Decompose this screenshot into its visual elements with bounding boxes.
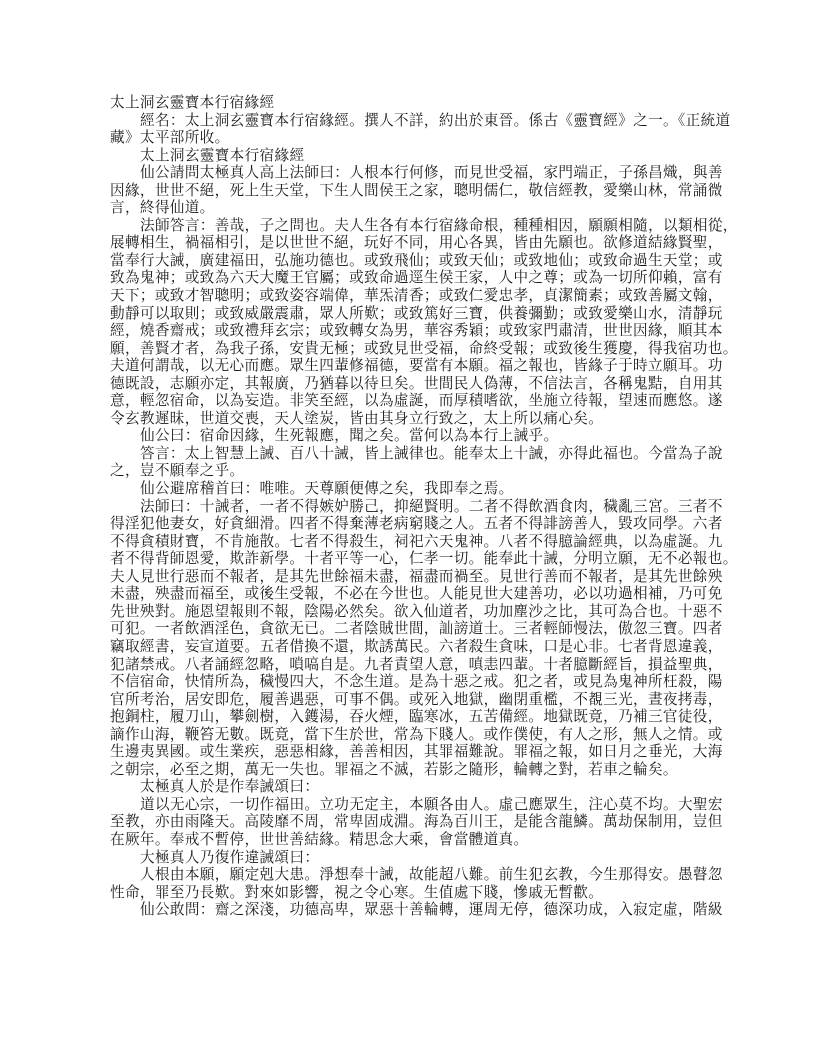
text-line: 不得貪積財寶，不肯施散。七者不得殺生，祠祀六天鬼神。八者不得臆論經典，以為虛誕。… [110, 533, 710, 551]
text-line: 德既設，志願亦定，其報廣，乃猶暮以待旦矣。世間民人偽薄，不信法言，各稱鬼黠，自用… [110, 375, 710, 393]
text-line: 藏》太平部所收。 [110, 129, 710, 147]
text-line: 夫人見世行惡而不報者，是其先世餘福未盡，福盡而禍至。見世行善而不報者，是其先世餘… [110, 568, 710, 586]
text-line: 太極真人於是作奉誡頌曰： [110, 778, 710, 796]
text-line: 犯諸禁戒。八者誦經忽略，嗩嗃自是。九者責望人意，嗔恚四輩。十者臆斷經旨，損益聖典… [110, 656, 710, 674]
text-line: 生邊夷異國。或生業疾，惡惡相緣，善善相因，其罪福難說。罪福之報，如日月之垂光，大… [110, 743, 710, 761]
text-line: 仙公敢問：齋之深淺，功德高卑，眾惡十善輪轉，運周无停，德深功成，入寂定虛，階級 [110, 901, 710, 919]
text-line: 仙公請問太極真人高上法師曰：人根本行何修，而見世受福，家門端正，子孫昌熾，與善 [110, 164, 710, 182]
text-line: 抱銅柱，履刀山，攀劍樹，入鑊湯，吞火煙，臨寒冰，五苦備經。地獄既竟，乃補三官徒役… [110, 708, 710, 726]
document-title: 太上洞玄靈寶本行宿緣經 [110, 94, 710, 112]
text-line: 言，終得仙道。 [110, 199, 710, 217]
text-line: 人根由本願，願定剋大患。淨想奉十誡，故能超八難。前生犯玄教，今生那得安。愚瞽忽 [110, 866, 710, 884]
text-line: 在厥年。奉戒不暫停，世世善結緣。精思念大乘，會當體道真。 [110, 831, 710, 849]
text-line: 仙公曰：宿命因緣，生死報應，聞之矣。當何以為本行上誡乎。 [110, 427, 710, 445]
text-line: 得淫犯他妻女，好貪細滑。四者不得棄薄老病窮賤之人。五者不得誹謗善人，毀攻同學。六… [110, 515, 710, 533]
text-line: 仙公避席稽首曰：唯唯。天尊願便傳之矣，我即奉之焉。 [110, 480, 710, 498]
text-line: 答言：太上智慧上誡、百八十誡，皆上誡律也。能奉太上十誡，亦得此福也。今當為子說 [110, 445, 710, 463]
text-line: 者不得背師恩愛，欺詐新學。十者平等一心，仁孝一切。能奉此十誡，分明立願，无不必報… [110, 550, 710, 568]
document-page: 太上洞玄靈寶本行宿緣經經名：太上洞玄靈寶本行宿緣經。撰人不詳，約出於東晉。係古《… [110, 94, 710, 919]
text-line: 法師曰：十誡者，一者不得嫉妒勝己，抑絕賢明。二者不得飲酒食肉，穢亂三宮。三者不 [110, 498, 710, 516]
text-line: 至教，亦由雨隆天。高陵靡不周，常卑固成淵。海為百川王，是能含龍鱗。萬劫保制用，豈… [110, 813, 710, 831]
text-line: 之朝宗，必至之期，萬无一失也。罪福之不滅，若影之隨形，輪轉之對，若車之輪矣。 [110, 761, 710, 779]
text-line: 天下；或致才智聰明；或致姿容端偉，華炁清香；或致仁愛忠孝，貞潔簡素；或致善屬文翰… [110, 287, 710, 305]
text-line: 道以无心宗，一切作福田。立功无定主，本願各由人。虛己應眾生，注心莫不均。大聖宏 [110, 796, 710, 814]
text-line: 可犯。一者飲酒淫色，貪欲无已。二者陰賊世間，訕謗道士。三者輕師慢法，傲忽三寶。四… [110, 620, 710, 638]
text-line: 經名：太上洞玄靈寶本行宿緣經。撰人不詳，約出於東晉。係古《靈寶經》之一。《正統道 [110, 112, 710, 130]
text-line: 之，豈不願奉之乎。 [110, 462, 710, 480]
text-line: 謫作山海，鞭笞无數。既竟，當下生於世，常為下賤人。或作僕使，有人之形，無人之情。… [110, 726, 710, 744]
text-line: 官所考治，居安即危，履善遇惡，可事不偶。或死入地獄，幽閉重檻，不覩三光，晝夜拷毒… [110, 691, 710, 709]
text-line: 意，輕忽宿命，以為妄造。非笑至經，以為虛誕，而厚積嗜欲，坐施立待報，望速而應悠。… [110, 392, 710, 410]
text-line: 不信宿命，快情所為，穢慢四大，不念生道。是為十惡之戒。犯之者，或見為鬼神所枉殺，… [110, 673, 710, 691]
text-line: 夫道何謂哉，以无心而應。眾生四輩修福德，要當有本願。福之報也，皆緣子于時立願耳。… [110, 357, 710, 375]
text-line: 先世殃對。施恩望報則不報，陰陽必然矣。欲入仙道者，功加塵沙之比，其可為合也。十惡… [110, 603, 710, 621]
text-line: 當奉行大誡，廣建福田，弘施功德也。或致飛仙；或致天仙；或致地仙；或致命過生天堂；… [110, 252, 710, 270]
text-line: 太上洞玄靈寶本行宿緣經 [110, 147, 710, 165]
text-line: 法師答言：善哉，子之問也。夫人生各有本行宿緣命根，種種相因，願願相隨，以類相從， [110, 217, 710, 235]
text-line: 動靜可以取則；或致威嚴震肅，眾人所歎；或致篤好三寶，供養彌勤；或致愛樂山水，清靜… [110, 305, 710, 323]
text-line: 竊取經書，妄宣道要。五者借換不還，欺誘萬民。六者殺生貪味，口是心非。七者背恩違義… [110, 638, 710, 656]
text-line: 令玄教遲昧，世道交喪，天人塗炭，皆由其身立行致之，太上所以痛心矣。 [110, 410, 710, 428]
text-line: 願，善賢才者，為我子孫，安貴无極；或致見世受福，命終受報；或致後生獲慶，得我宿功… [110, 340, 710, 358]
text-line: 性命，罪至乃長歎。對來如影響，視之令心寒。生值處下賤，慘戚无暫歡。 [110, 884, 710, 902]
text-line: 因緣，世世不絕，死上生天堂，下生人間侯王之家，聰明儒仁，敬信經教，愛樂山林，常誦… [110, 182, 710, 200]
text-line: 大極真人乃復作違誡頌曰： [110, 849, 710, 867]
text-line: 經，燒香齋戒；或致禮拜玄宗；或致轉女為男，華容秀穎；或致家門肅清，世世因緣，順其… [110, 322, 710, 340]
text-line: 致為鬼神；或致為六天大魔王官屬；或致命過逕生侯王家，人中之尊；或為一切所仰賴，富… [110, 269, 710, 287]
text-line: 展轉相生，禍福相引，是以世世不絕，玩好不同，用心各異，皆由先願也。欲修道結緣賢聖… [110, 234, 710, 252]
text-line: 未盡，殃盡而福至，或後生受報，不必在今世也。人能見世大建善功，必以功過相補，乃可… [110, 585, 710, 603]
